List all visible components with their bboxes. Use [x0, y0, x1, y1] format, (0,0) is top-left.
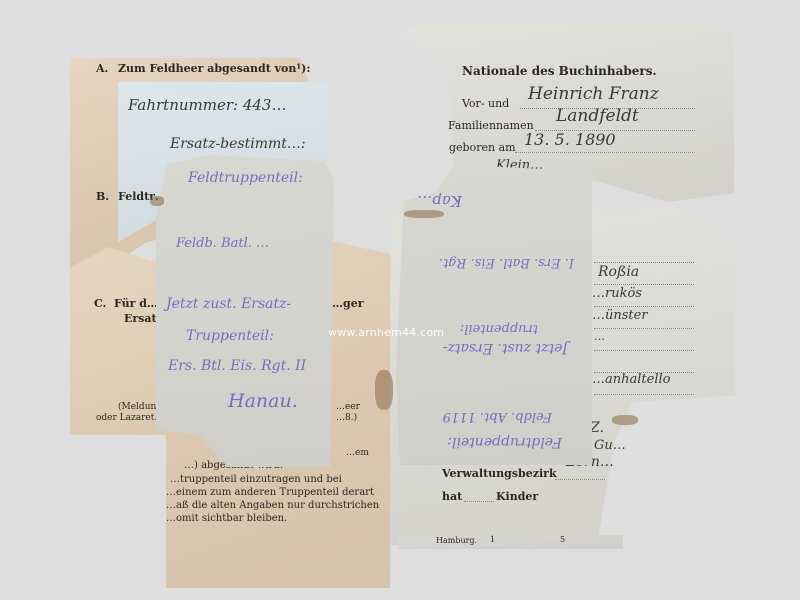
- footer-line-4: …omit sichtbar bleiben.: [166, 513, 287, 524]
- tear-mark: [612, 415, 638, 425]
- upside-line-1: Kap…: [417, 192, 462, 210]
- section-c-heading-1-end: …ger: [332, 297, 364, 310]
- strip-text: Hamburg.: [436, 536, 477, 545]
- slip-line-2: Feldb. Batl. …: [176, 236, 269, 251]
- footer-line-2: …einem zum anderen Truppenteil derart: [166, 487, 374, 498]
- slip-line-1: Feldtruppenteil:: [188, 170, 303, 186]
- footnote-2: oder Lazaret…: [96, 413, 163, 423]
- footer-line-1: …truppenteil einzutragen und bei: [170, 474, 342, 485]
- upside-line-5: Feldb. Abt. 1119: [443, 409, 552, 424]
- right-line-5: [594, 350, 694, 351]
- upside-line-6: Feldtruppenteil:: [447, 434, 562, 450]
- right-line-3: [594, 306, 694, 307]
- tear-mark: [150, 196, 164, 206]
- section-a-handwritten-2: Ersatz-bestimmt…:: [170, 136, 306, 152]
- field-3-line: [515, 152, 695, 153]
- nationale-heading: Nationale des Buchinhabers.: [462, 64, 657, 78]
- field-2-value: Landfeldt: [556, 106, 639, 126]
- section-a-heading: Zum Feldheer abgesandt von¹):: [118, 62, 310, 75]
- field-3-label: geboren am: [449, 141, 516, 154]
- document-photo: A. Zum Feldheer abgesandt von¹): Fahrtnu…: [0, 0, 800, 600]
- right-line-4: [594, 328, 694, 329]
- right-hw-4: …: [594, 330, 605, 343]
- section-a-handwritten-1: Fahrtnummer: 443…: [128, 96, 286, 114]
- right-hw-3: …ünster: [592, 308, 648, 323]
- section-c-heading-1: Für d…: [114, 297, 158, 310]
- footnote-2-end: …8.): [336, 413, 357, 423]
- upside-line-2: I. Ers. Batl. Eis. Rgt.: [439, 255, 574, 270]
- right-line-7: [594, 394, 694, 395]
- field-2-label: Familiennamen: [448, 119, 534, 132]
- field-3-value: 13. 5. 1890: [524, 130, 616, 149]
- section-c-label: C.: [94, 297, 106, 310]
- upside-line-4: truppenteil:: [460, 321, 538, 336]
- slip-line-6: Hanau.: [228, 390, 298, 412]
- right-hw-7: Gu…: [594, 438, 626, 453]
- right-hw-6: Z.: [590, 420, 604, 436]
- footnote-1-end: …eer: [336, 402, 360, 412]
- right-line-1: [594, 262, 694, 263]
- verwaltungsbezirk-line: [555, 479, 605, 480]
- footer-line-0-end: …em: [346, 448, 369, 458]
- right-hw-5: …anhaltello: [592, 372, 670, 387]
- kinder-label: Kinder: [496, 490, 538, 503]
- right-hw-1: Roßia: [598, 264, 639, 280]
- bottom-strip: [398, 535, 623, 549]
- footer-line-3: …aß die alten Angaben nur durchstrichen: [166, 500, 379, 511]
- tear-mark: [404, 210, 444, 218]
- verwaltungsbezirk-label: Verwaltungsbezirk: [442, 467, 557, 480]
- section-a-label: A.: [96, 62, 108, 75]
- tear-mark: [375, 370, 393, 410]
- kinder-label-hat: hat: [442, 490, 462, 503]
- slip-line-5: Ers. Btl. Eis. Rgt. II: [168, 358, 306, 374]
- field-1-value: Heinrich Franz: [528, 84, 659, 104]
- slip-line-3: Jetzt zust. Ersatz-: [166, 296, 291, 312]
- watermark: www.arnhem44.com: [328, 326, 444, 339]
- upside-line-3: Jetzt zust. Ersatz-: [443, 340, 568, 356]
- slip-line-4: Truppenteil:: [186, 328, 274, 344]
- strip-mark-1: 1: [490, 535, 495, 544]
- kinder-line: [464, 501, 494, 502]
- right-line-2: [594, 284, 694, 285]
- field-1-label: Vor- und: [462, 97, 509, 110]
- right-hw-2: …rukös: [592, 286, 642, 301]
- section-b-label: B.: [96, 190, 109, 203]
- strip-mark-2: 5: [560, 535, 565, 544]
